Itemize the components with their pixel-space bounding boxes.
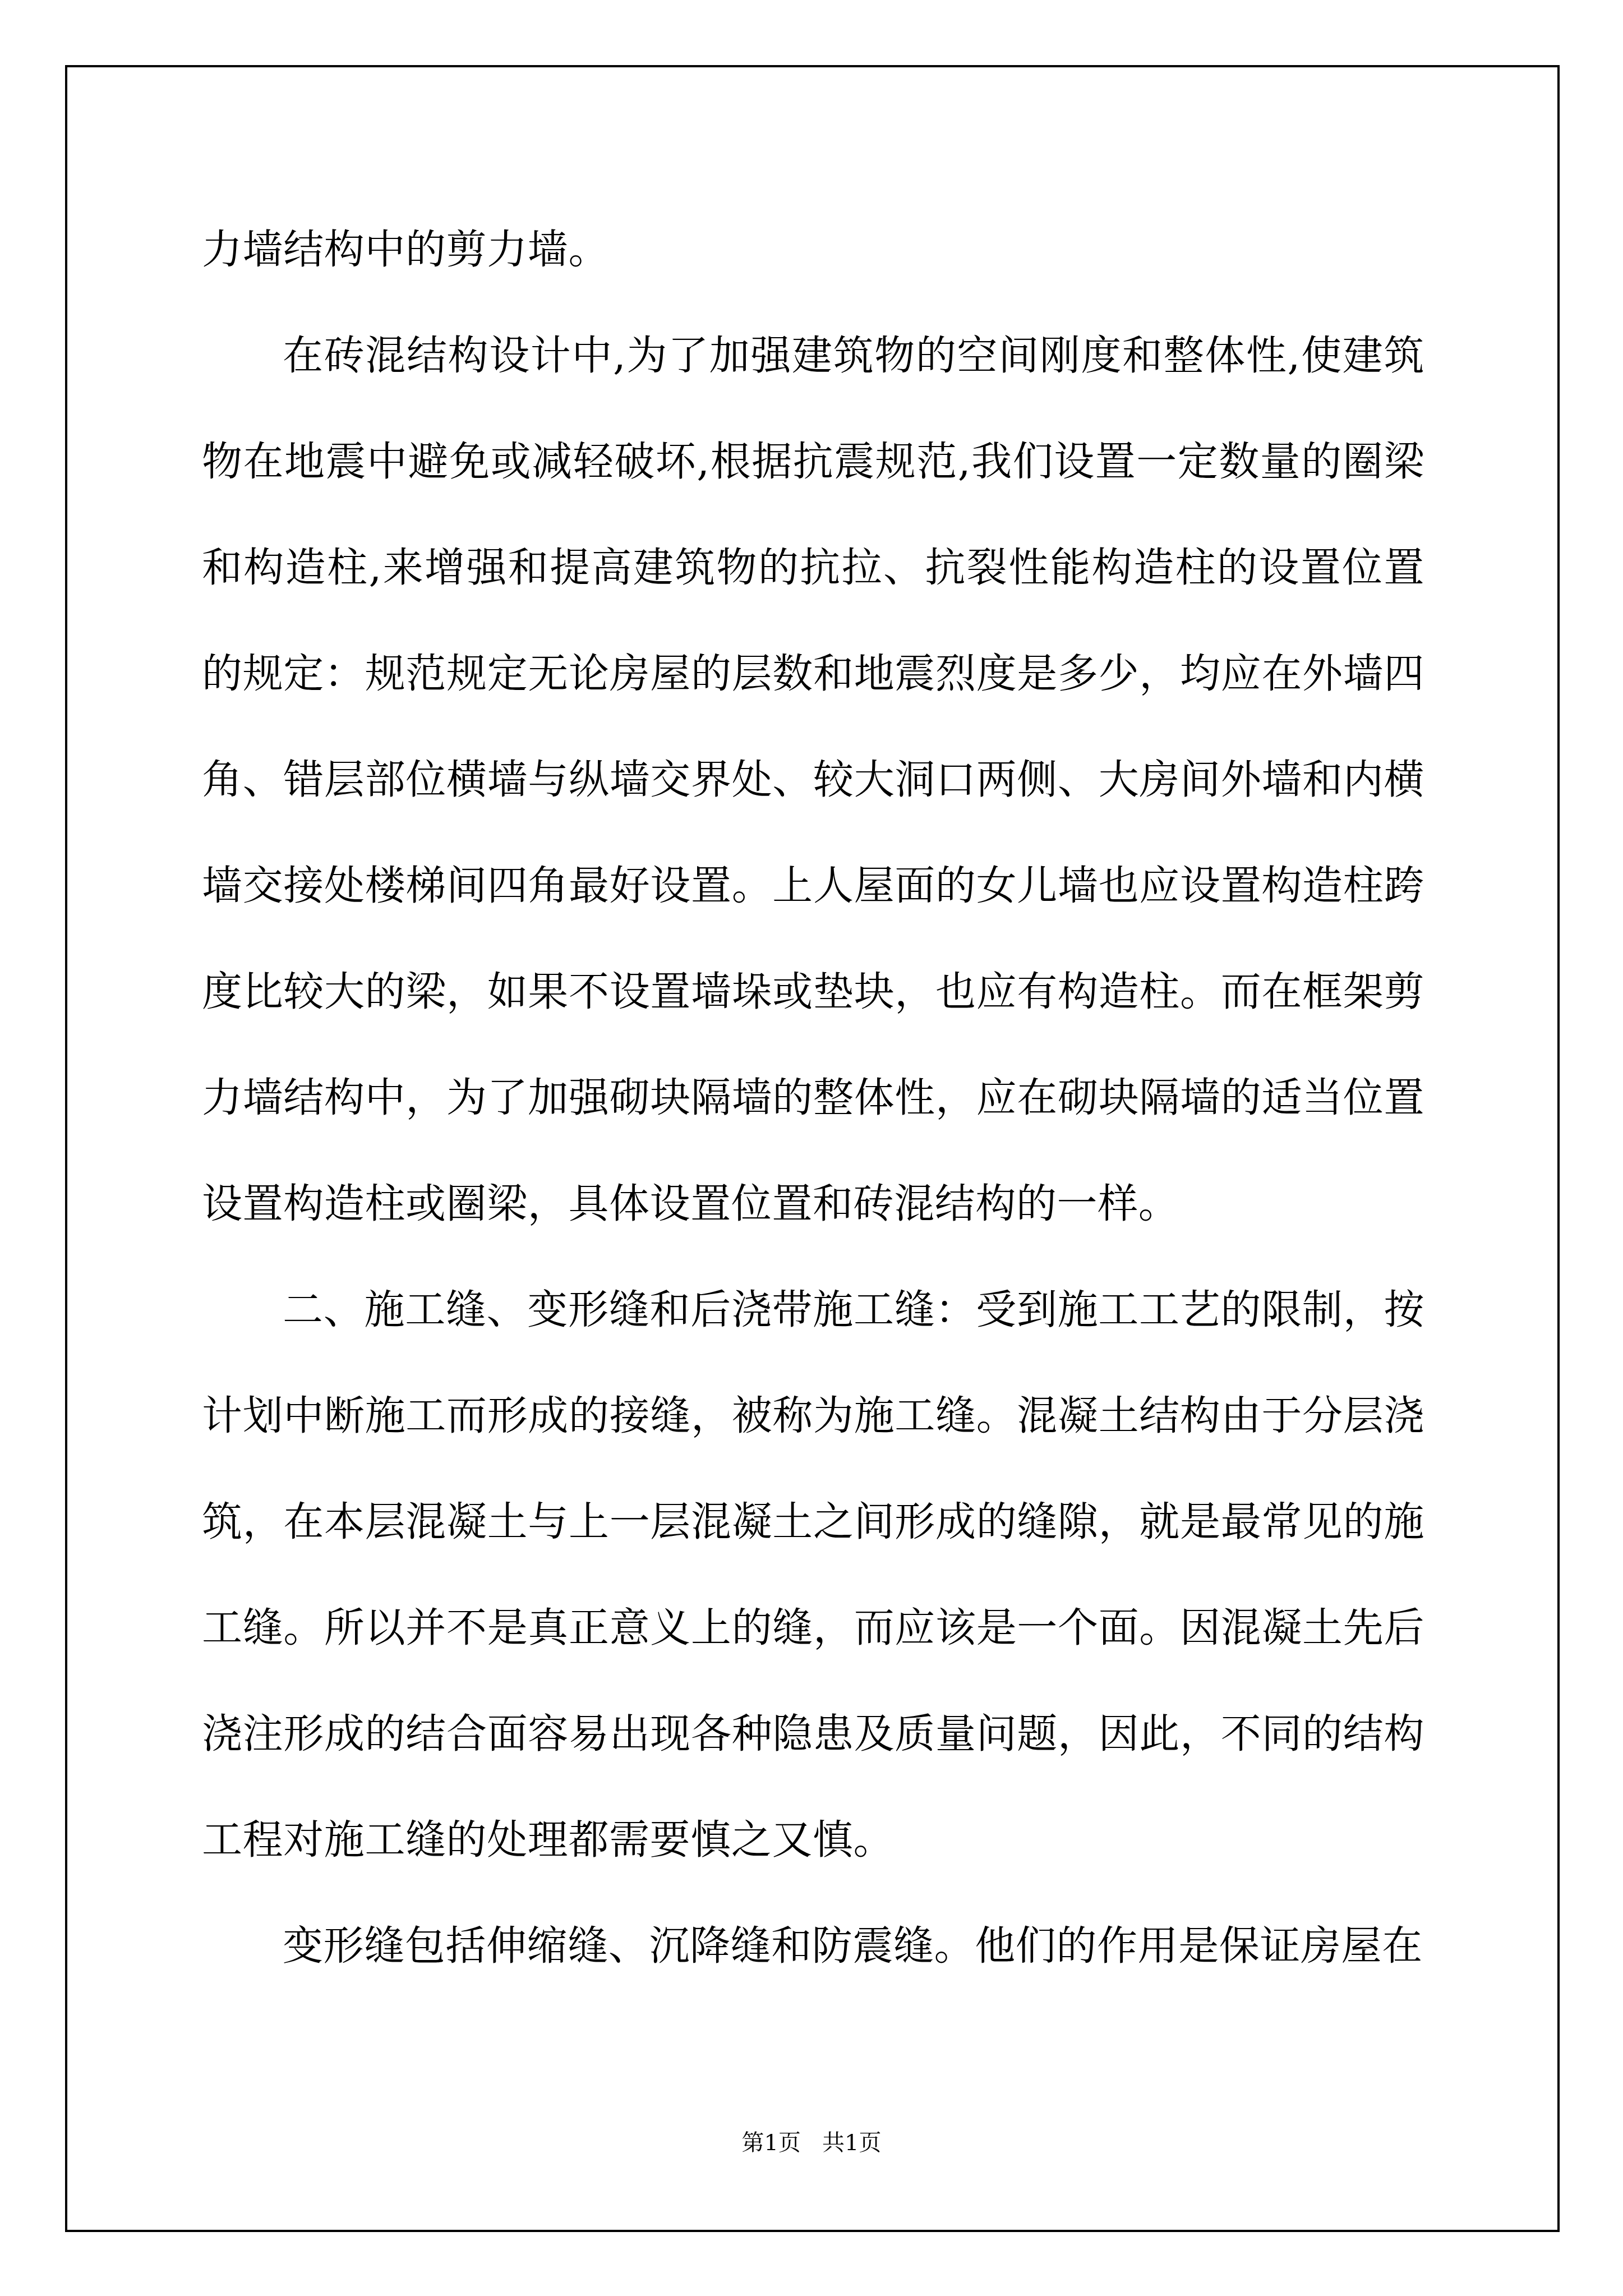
paragraph-3: 二、施工缝、变形缝和后浇带施工缝：受到施工工艺的限制，按计划中断施工而形成的接缝… — [202, 1257, 1424, 1893]
paragraph-4: 变形缝包括伸缩缝、沉降缝和防震缝。他们的作用是保证房屋在 — [202, 1893, 1424, 1999]
paragraph-1: 力墙结构中的剪力墙。 — [202, 196, 1424, 302]
page-number-footer: 第1页 共1页 — [0, 2126, 1623, 2160]
paragraph-2: 在砖混结构设计中,为了加强建筑物的空间刚度和整体性,使建筑物在地震中避免或减轻破… — [202, 302, 1424, 1257]
document-body: 力墙结构中的剪力墙。 在砖混结构设计中,为了加强建筑物的空间刚度和整体性,使建筑… — [202, 196, 1424, 1999]
